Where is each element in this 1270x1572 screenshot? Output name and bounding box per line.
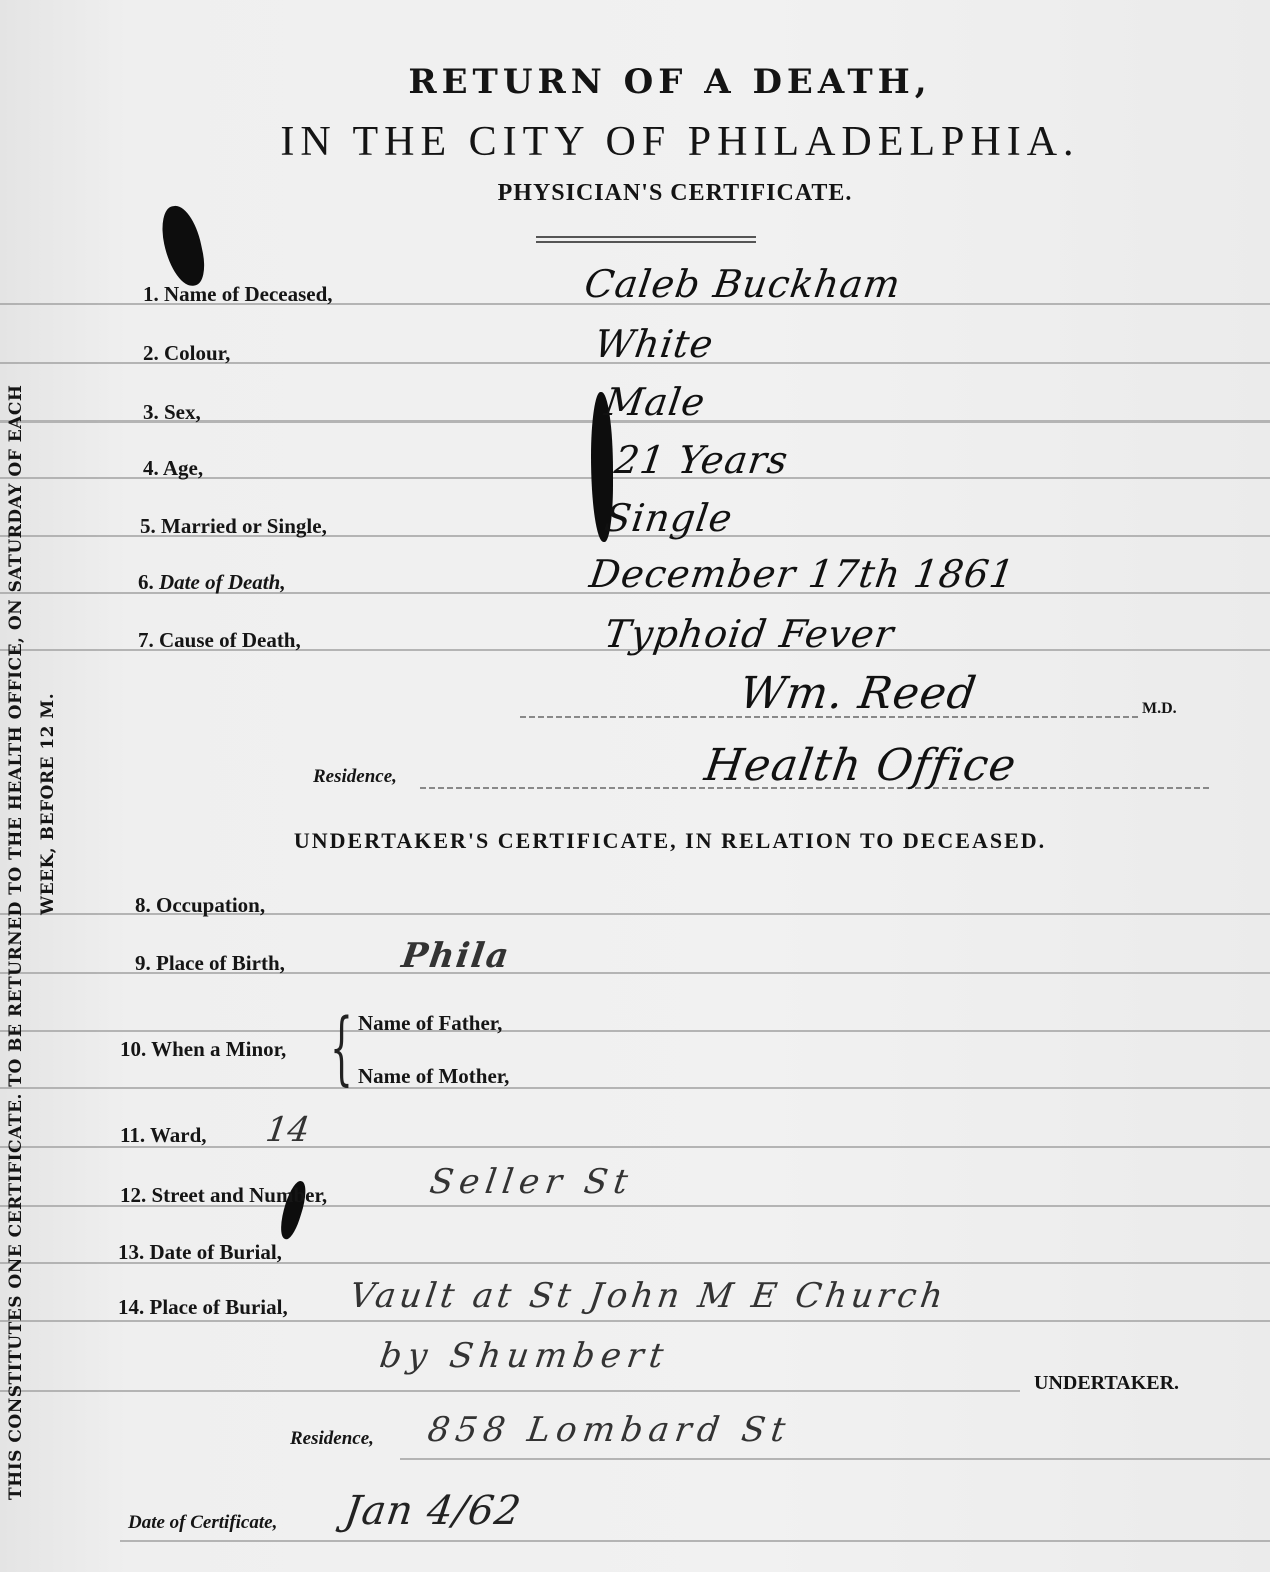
physician-residence-value: Health Office xyxy=(701,740,1019,791)
ruled-line xyxy=(0,1320,1270,1322)
title-ornament-rule xyxy=(536,236,756,243)
value-sex: Male xyxy=(602,380,708,424)
undertaker-residence-value: 858 Lombard St xyxy=(425,1410,793,1450)
value-ward: 14 xyxy=(263,1110,312,1150)
death-certificate-page: THIS CONSTITUTES ONE CERTIFICATE. TO BE … xyxy=(0,0,1270,1572)
field-label-place-of-burial: 14. Place of Burial, xyxy=(118,1295,288,1320)
value-place-of-burial: Vault at St John M E Church xyxy=(347,1276,949,1316)
value-name-of-deceased: Caleb Buckham xyxy=(582,262,904,306)
field-label-ward: 11. Ward, xyxy=(120,1123,207,1148)
field-label-name-of-deceased: 1. Name of Deceased, xyxy=(143,282,333,307)
value-street-and-number: Seller St xyxy=(427,1162,636,1202)
physician-residence-label: Residence, xyxy=(313,766,397,788)
ruled-line xyxy=(400,1458,1270,1460)
document-title: RETURN OF A DEATH, xyxy=(0,62,1270,102)
field-label-married-or-single: 5. Married or Single, xyxy=(140,514,327,539)
field-label-date-of-burial: 13. Date of Burial, xyxy=(118,1240,282,1265)
value-colour: White xyxy=(592,322,717,366)
physician-signature: Wm. Reed xyxy=(736,668,979,719)
value-marital-status: Single xyxy=(602,496,736,540)
field-label-when-a-minor: 10. When a Minor, xyxy=(120,1037,286,1062)
field-label-date-of-death: 6. Date of Death, xyxy=(138,570,286,595)
field-label-cause-of-death: 7. Cause of Death, xyxy=(138,628,301,653)
side-notice-line2: WEEK, BEFORE 12 M. xyxy=(38,693,58,915)
undertaker-label: UNDERTAKER. xyxy=(1034,1372,1179,1395)
date-of-certificate-value: Jan 4/62 xyxy=(342,1488,525,1534)
ruled-line xyxy=(0,1087,1270,1089)
undertaker-signature: by Shumbert xyxy=(377,1336,672,1376)
ruled-line xyxy=(0,1030,1270,1032)
value-cause-of-death: Typhoid Fever xyxy=(602,612,897,656)
field-label-name-of-father: Name of Father, xyxy=(358,1011,502,1036)
value-date-of-death: December 17th 1861 xyxy=(587,552,1018,596)
brace-icon: { xyxy=(330,1008,353,1088)
value-age: 21 Years xyxy=(612,438,791,482)
ruled-line xyxy=(120,1540,1270,1542)
field-label-occupation: 8. Occupation, xyxy=(135,893,265,918)
field-label-name-of-mother: Name of Mother, xyxy=(358,1064,509,1089)
date-of-certificate-label: Date of Certificate, xyxy=(128,1512,277,1534)
side-notice: THIS CONSTITUTES ONE CERTIFICATE. TO BE … xyxy=(6,70,26,1500)
document-subtitle: IN THE CITY OF PHILADELPHIA. xyxy=(0,118,1270,166)
field-label-age: 4. Age, xyxy=(143,456,203,481)
ink-blot xyxy=(157,202,209,290)
field-label-place-of-birth: 9. Place of Birth, xyxy=(135,951,285,976)
value-place-of-birth: Phila xyxy=(399,936,513,976)
undertaker-residence-label: Residence, xyxy=(290,1428,374,1450)
field-label-street-and-number: 12. Street and Number, xyxy=(120,1183,327,1208)
field-label-colour: 2. Colour, xyxy=(143,341,230,366)
undertaker-certificate-heading: UNDERTAKER'S CERTIFICATE, IN RELATION TO… xyxy=(0,828,1270,854)
physician-md-suffix: M.D. xyxy=(1142,700,1177,718)
field-label-sex: 3. Sex, xyxy=(143,400,201,425)
physician-certificate-heading: PHYSICIAN'S CERTIFICATE. xyxy=(0,180,1270,207)
ruled-line xyxy=(0,1390,1020,1392)
